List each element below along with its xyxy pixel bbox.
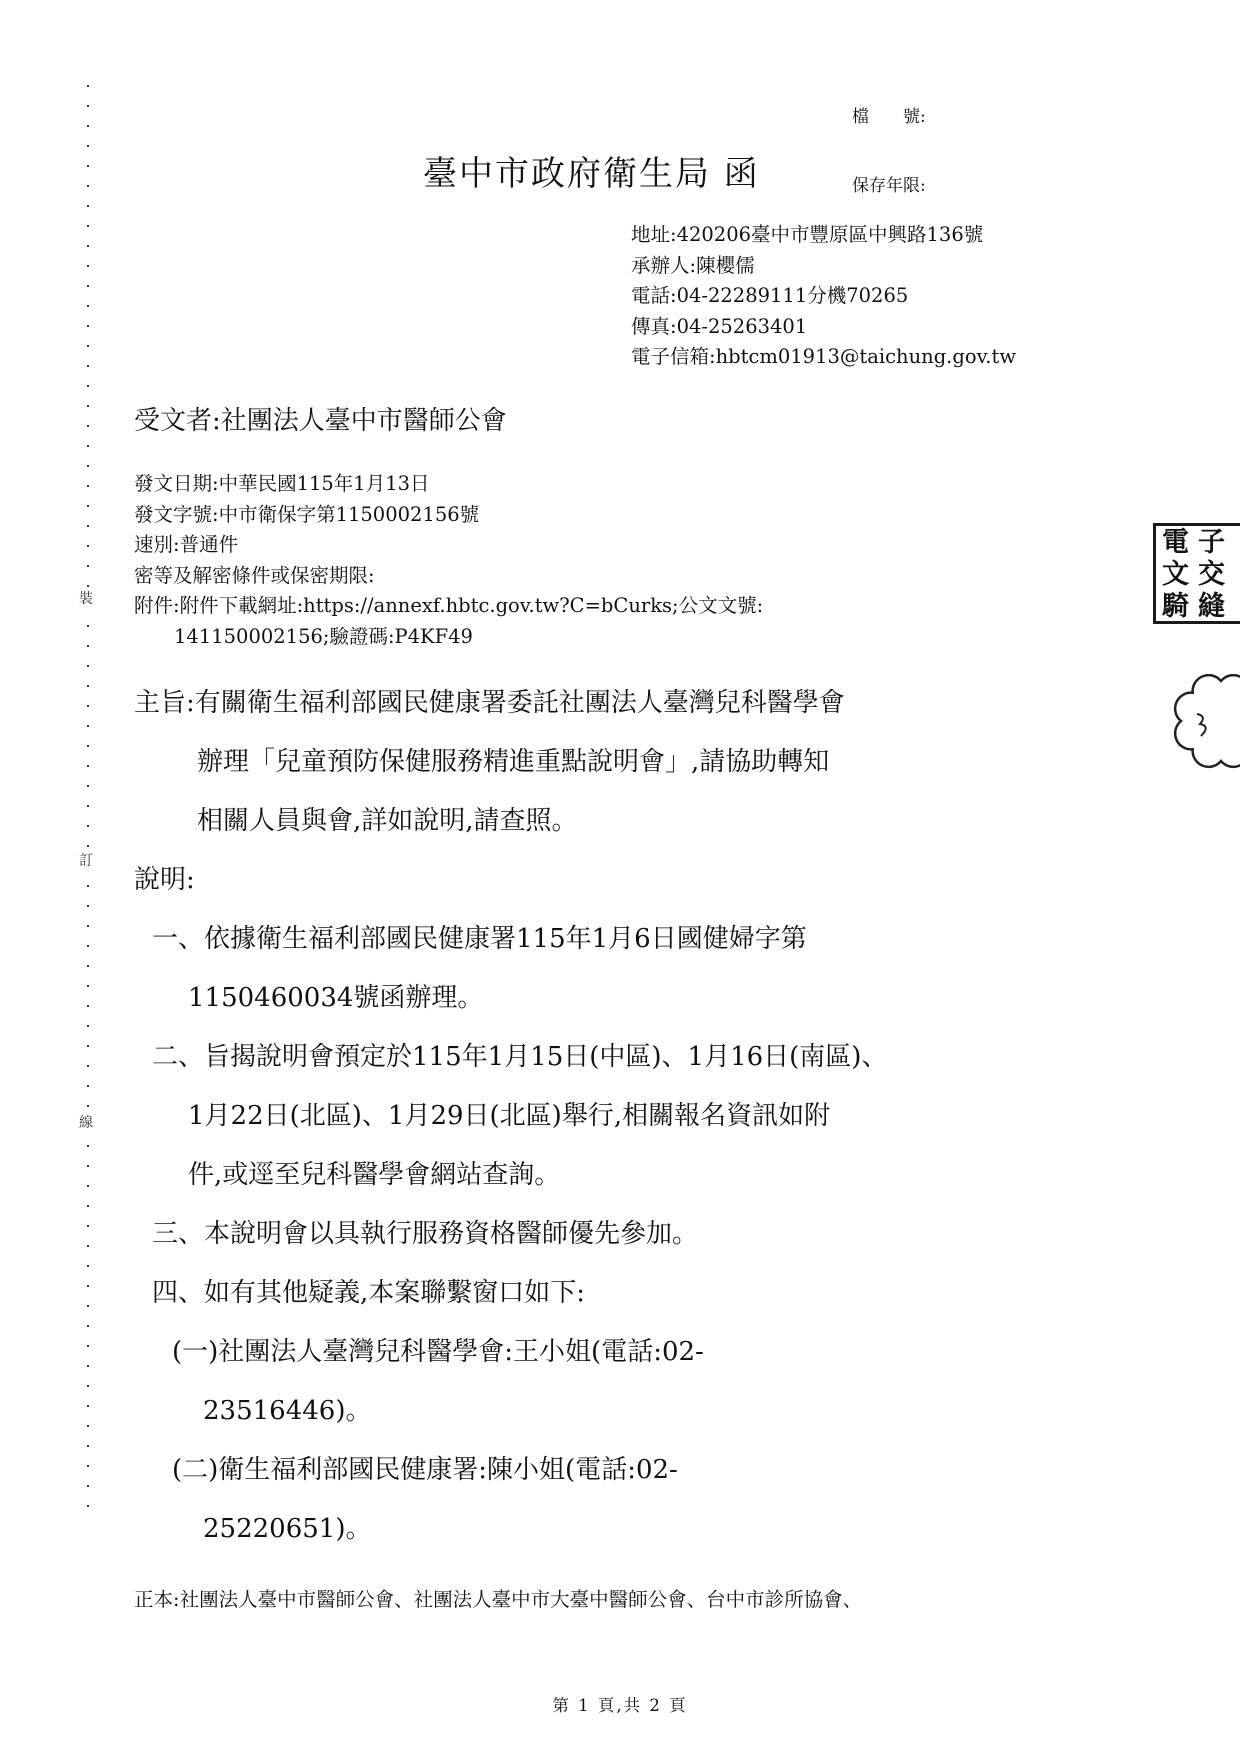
item-2-line-3: 件,或逕至兒科醫學會網站查詢。 — [188, 1146, 887, 1205]
retention-period-label: 保存年限: — [852, 175, 926, 198]
copy-to-line: 正本:社團法人臺中市醫師公會、社團法人臺中市大臺中醫師公會、台中市診所協會、 — [134, 1584, 862, 1612]
recipient-line: 受文者:社團法人臺中市醫師公會 — [134, 400, 507, 437]
item-4-sub-1-line-1: (一)社團法人臺灣兒科醫學會:王小姐(電話:02- — [172, 1323, 887, 1382]
electronic-exchange-seam-stamp: 電子 文交 騎縫 — [1153, 523, 1240, 624]
item-4-sub-2-line-1: (二)衛生福利部國民健康署:陳小姐(電話:02- — [172, 1441, 887, 1500]
official-letter-page: 檔 號: 保存年限: 臺中市政府衛生局 函 地址:420206臺中市豐原區中興路… — [0, 0, 1240, 1754]
binding-mark-xian: 線 — [79, 1112, 93, 1135]
subject-line-3: 相關人員與會,詳如說明,請查照。 — [197, 792, 887, 851]
item-4-line-1: 四、如有其他疑義,本案聯繫窗口如下: — [152, 1264, 887, 1323]
security-class: 密等及解密條件或保密期限: — [134, 561, 763, 592]
binding-mark-zhuang: 裝 — [79, 588, 93, 611]
subject-line-1: 主旨:有關衛生福利部國民健康署委託社團法人臺灣兒科醫學會 — [134, 674, 887, 733]
flower-seal-icon — [1157, 674, 1240, 778]
item-1-line-2: 1150460034號函辦理。 — [188, 969, 887, 1028]
sender-contact-person: 承辦人:陳櫻儒 — [631, 251, 1016, 282]
sender-address: 地址:420206臺中市豐原區中興路136號 — [631, 220, 1016, 251]
item-3-line-1: 三、本說明會以具執行服務資格醫師優先參加。 — [152, 1205, 887, 1264]
item-2-line-1: 二、旨揭說明會預定於115年1月15日(中區)、1月16日(南區)、 — [152, 1028, 887, 1087]
attachment-line-1: 附件:附件下載網址:https://annexf.hbtc.gov.tw?C=b… — [134, 591, 763, 622]
file-number-label: 檔 號: — [852, 106, 926, 129]
item-4-sub-2-line-2: 25220651)。 — [203, 1500, 887, 1559]
subject-line-2: 辦理「兒童預防保健服務精進重點說明會」,請協助轉知 — [197, 733, 887, 792]
item-2-line-2: 1月22日(北區)、1月29日(北區)舉行,相關報名資訊如附 — [188, 1087, 887, 1146]
sender-email: 電子信箱:hbtcm01913@taichung.gov.tw — [631, 342, 1016, 373]
file-header-block: 檔 號: 保存年限: — [852, 60, 926, 244]
seam-stamp-row-3: 騎縫 — [1162, 591, 1240, 623]
page-number-footer: 第 1 頁,共 2 頁 — [0, 1692, 1240, 1716]
letter-body: 主旨:有關衛生福利部國民健康署委託社團法人臺灣兒科醫學會 辦理「兒童預防保健服務… — [0, 674, 887, 1559]
explanation-heading: 說明: — [134, 851, 887, 910]
item-1-line-1: 一、依據衛生福利部國民健康署115年1月6日國健婦字第 — [152, 910, 887, 969]
issue-date: 發文日期:中華民國115年1月13日 — [134, 469, 763, 500]
seam-stamp-row-2: 文交 — [1162, 559, 1240, 591]
sender-fax: 傳真:04-25263401 — [631, 312, 1016, 343]
issue-number: 發文字號:中市衛保字第1150002156號 — [134, 500, 763, 531]
item-4-sub-1-line-2: 23516446)。 — [203, 1382, 887, 1441]
binding-mark-ding: 訂 — [79, 850, 93, 873]
sender-info-block: 地址:420206臺中市豐原區中興路136號 承辦人:陳櫻儒 電話:04-222… — [631, 220, 1016, 373]
binding-dotted-line — [87, 85, 89, 1515]
seam-stamp-row-1: 電子 — [1162, 527, 1240, 559]
document-title: 臺中市政府衛生局 函 — [423, 146, 760, 195]
sender-phone: 電話:04-22289111分機70265 — [631, 281, 1016, 312]
attachment-line-2: 141150002156;驗證碼:P4KF49 — [134, 622, 763, 653]
document-meta-block: 發文日期:中華民國115年1月13日 發文字號:中市衛保字第1150002156… — [134, 469, 763, 653]
speed-class: 速別:普通件 — [134, 530, 763, 561]
